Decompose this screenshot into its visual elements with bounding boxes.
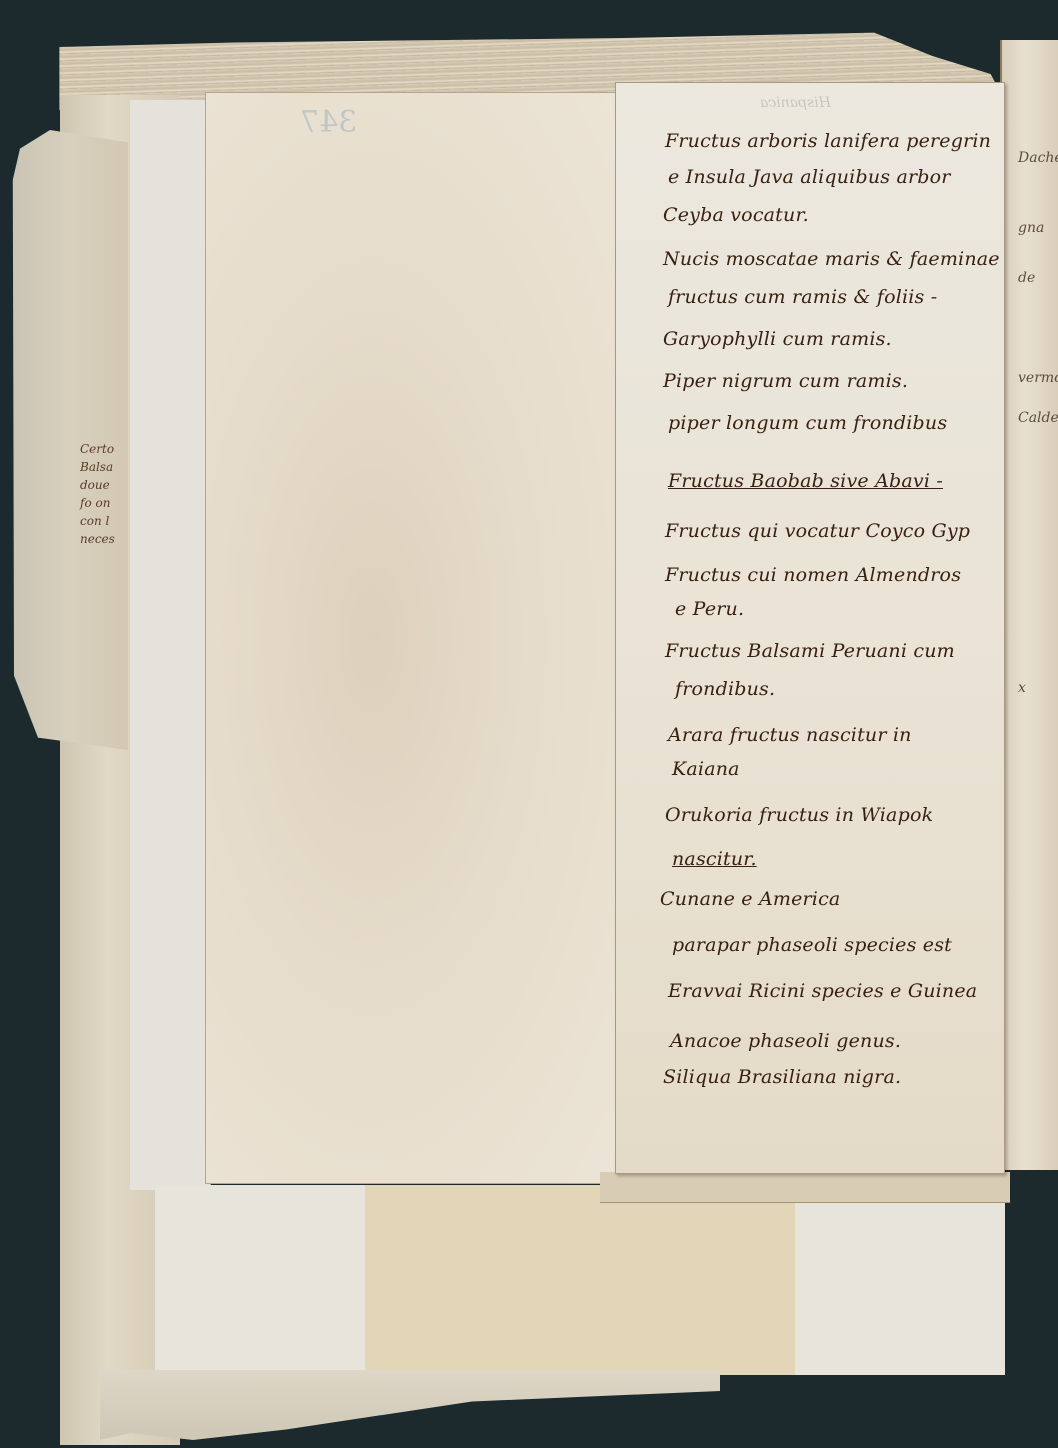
slip-fragment: neces	[80, 530, 115, 548]
text-line: Fructus Baobab sive Abavi -	[668, 470, 943, 492]
text-line: Cunane e America	[660, 888, 840, 910]
text-line: nascitur.	[672, 848, 757, 870]
text-line: Fructus Balsami Peruani cum	[665, 640, 955, 662]
text-line: Fructus arboris lanifera peregrin	[665, 130, 991, 152]
text-line: Nucis moscatae maris & faeminae	[663, 248, 1000, 270]
facing-page-fragment: gna	[1018, 220, 1044, 236]
text-line: Kaiana	[672, 758, 740, 780]
facing-page-fragment: x	[1018, 680, 1026, 696]
text-line: Arara fructus nascitur in	[668, 724, 912, 746]
underlying-leaf	[600, 1172, 1010, 1203]
slip-fragment: Certo	[80, 440, 115, 458]
bottom-tan-insert	[365, 1185, 795, 1375]
slip-fragment: Balsa	[80, 458, 115, 476]
facing-page-fragment: Dache	[1018, 150, 1058, 166]
facing-page-fragment: vermo	[1018, 370, 1058, 386]
text-line: e Peru.	[675, 598, 744, 620]
text-line: Anacoe phaseoli genus.	[670, 1030, 901, 1052]
text-line: Eravvai Ricini species e Guinea	[668, 980, 977, 1002]
facing-page-fragment: de	[1018, 270, 1035, 286]
text-line: Orukoria fructus in Wiapok	[665, 804, 933, 826]
slip-fragment: con l	[80, 512, 115, 530]
text-line: Ceyba vocatur.	[663, 204, 809, 226]
text-line: Siliqua Brasiliana nigra.	[663, 1066, 901, 1088]
slip-fragment: doue	[80, 476, 115, 494]
manuscript-page	[615, 82, 1005, 1174]
facing-page-edge	[1000, 40, 1058, 1170]
text-line: Garyophylli cum ramis.	[663, 328, 892, 350]
slip-text: Certo Balsa doue fo on con l neces	[80, 440, 115, 548]
folio-number-showthrough: 347	[300, 105, 357, 140]
text-line: piper longum cum frondibus	[668, 412, 947, 434]
text-line: parapar phaseoli species est	[672, 934, 952, 956]
text-line: frondibus.	[675, 678, 775, 700]
header-showthrough: Hispanica	[760, 95, 831, 111]
text-line: fructus cum ramis & foliis -	[668, 286, 937, 308]
text-line: Fructus qui vocatur Coyco Gyp	[665, 520, 970, 542]
guard-strip	[130, 100, 211, 1190]
text-line: e Insula Java aliquibus arbor	[668, 166, 951, 188]
torn-bottom-leaves	[100, 1370, 720, 1440]
facing-page-fragment: Caldes	[1018, 410, 1058, 426]
text-line: Piper nigrum cum ramis.	[663, 370, 908, 392]
slip-fragment: fo on	[80, 494, 115, 512]
text-line: Fructus cui nomen Almendros	[665, 564, 961, 586]
blank-verso-page	[205, 92, 622, 1184]
